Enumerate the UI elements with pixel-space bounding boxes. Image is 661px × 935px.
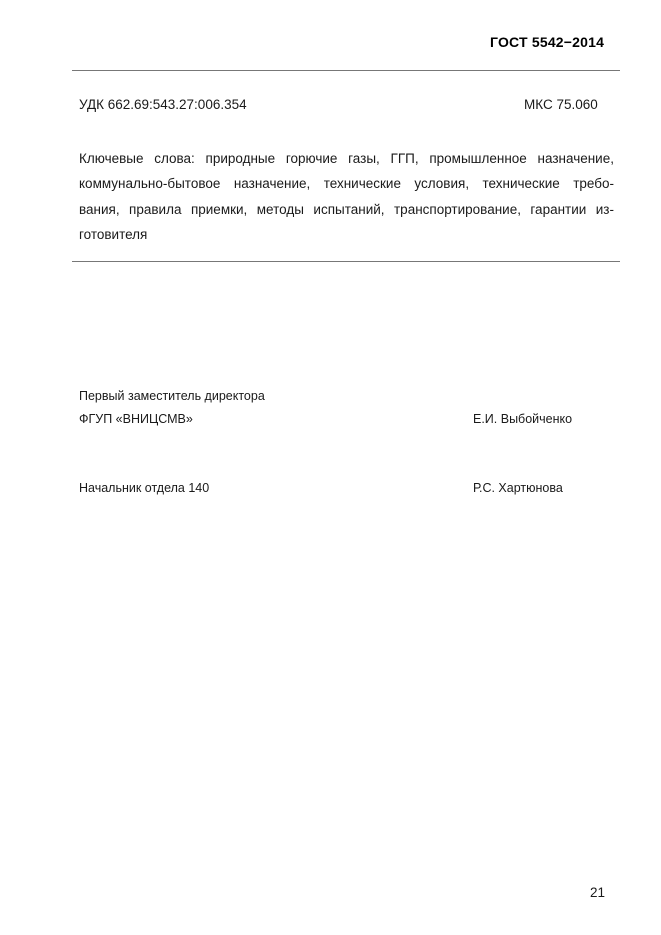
page-number: 21: [590, 885, 605, 900]
keywords-line: коммунально-бытовое назначение, техничес…: [79, 171, 614, 196]
udk-code: УДК 662.69:543.27:006.354: [79, 97, 247, 112]
signatory-2-name: Р.С. Хартюнова: [473, 481, 563, 495]
header-divider: [72, 70, 620, 71]
keywords-line: готовителя: [79, 222, 614, 247]
keywords-line: вания, правила приемки, методы испытаний…: [79, 197, 614, 222]
keywords-divider: [72, 261, 620, 262]
signatory-1-organization: ФГУП «ВНИЦСМВ»: [79, 412, 193, 426]
signatory-1-name: Е.И. Выбойченко: [473, 412, 572, 426]
mks-code: МКС 75.060: [524, 97, 598, 112]
keywords-line: Ключевые слова: природные горючие газы, …: [79, 146, 614, 171]
signatory-2-position: Начальник отдела 140: [79, 481, 209, 495]
signatory-1-position: Первый заместитель директора: [79, 389, 265, 403]
document-code: ГОСТ 5542−2014: [490, 34, 604, 50]
keywords-paragraph: Ключевые слова: природные горючие газы, …: [79, 146, 614, 247]
